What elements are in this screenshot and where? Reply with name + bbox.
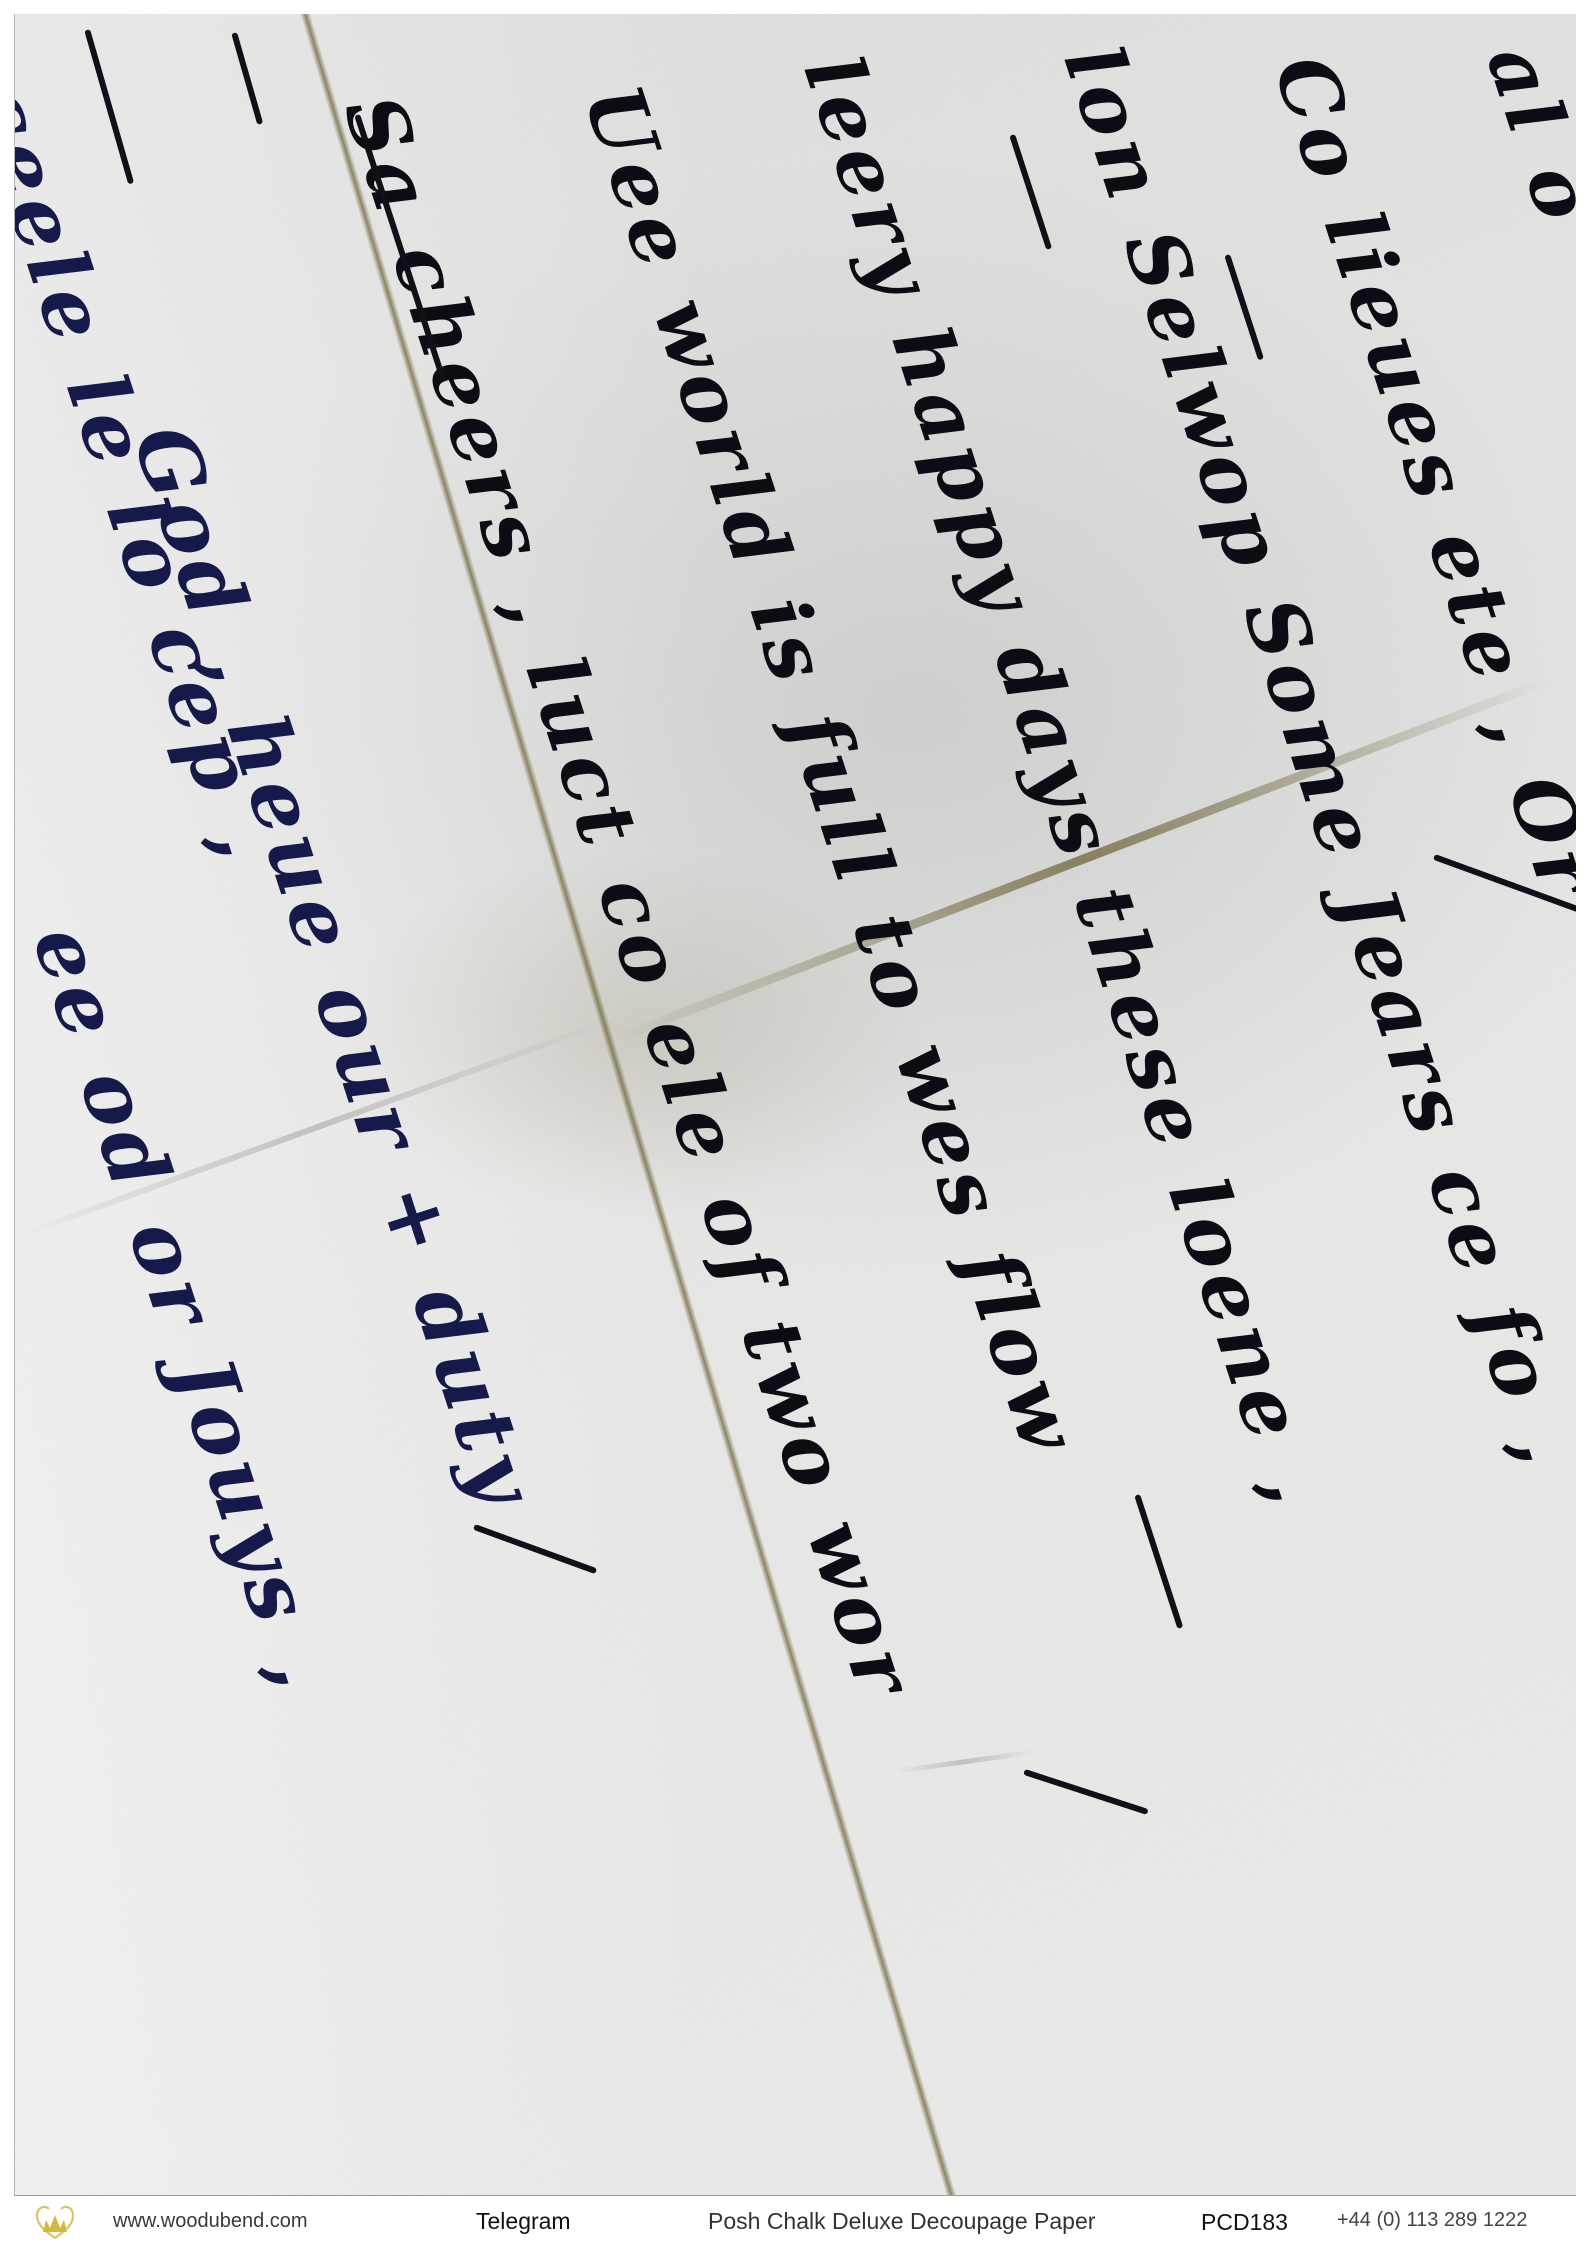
product-code: PCD183 bbox=[1201, 2209, 1288, 2236]
decoupage-print-image: al o Co lieues ete , Or lon Selwop Some … bbox=[14, 14, 1576, 2196]
design-name: Telegram bbox=[476, 2208, 571, 2235]
product-footer: www.woodubend.com Telegram Posh Chalk De… bbox=[0, 2196, 1588, 2248]
website-link[interactable]: www.woodubend.com bbox=[113, 2210, 308, 2233]
gold-crown-heart-logo-icon bbox=[34, 2204, 76, 2240]
product-name: Posh Chalk Deluxe Decoupage Paper bbox=[708, 2208, 1095, 2235]
phone-number: +44 (0) 113 289 1222 bbox=[1337, 2209, 1527, 2232]
